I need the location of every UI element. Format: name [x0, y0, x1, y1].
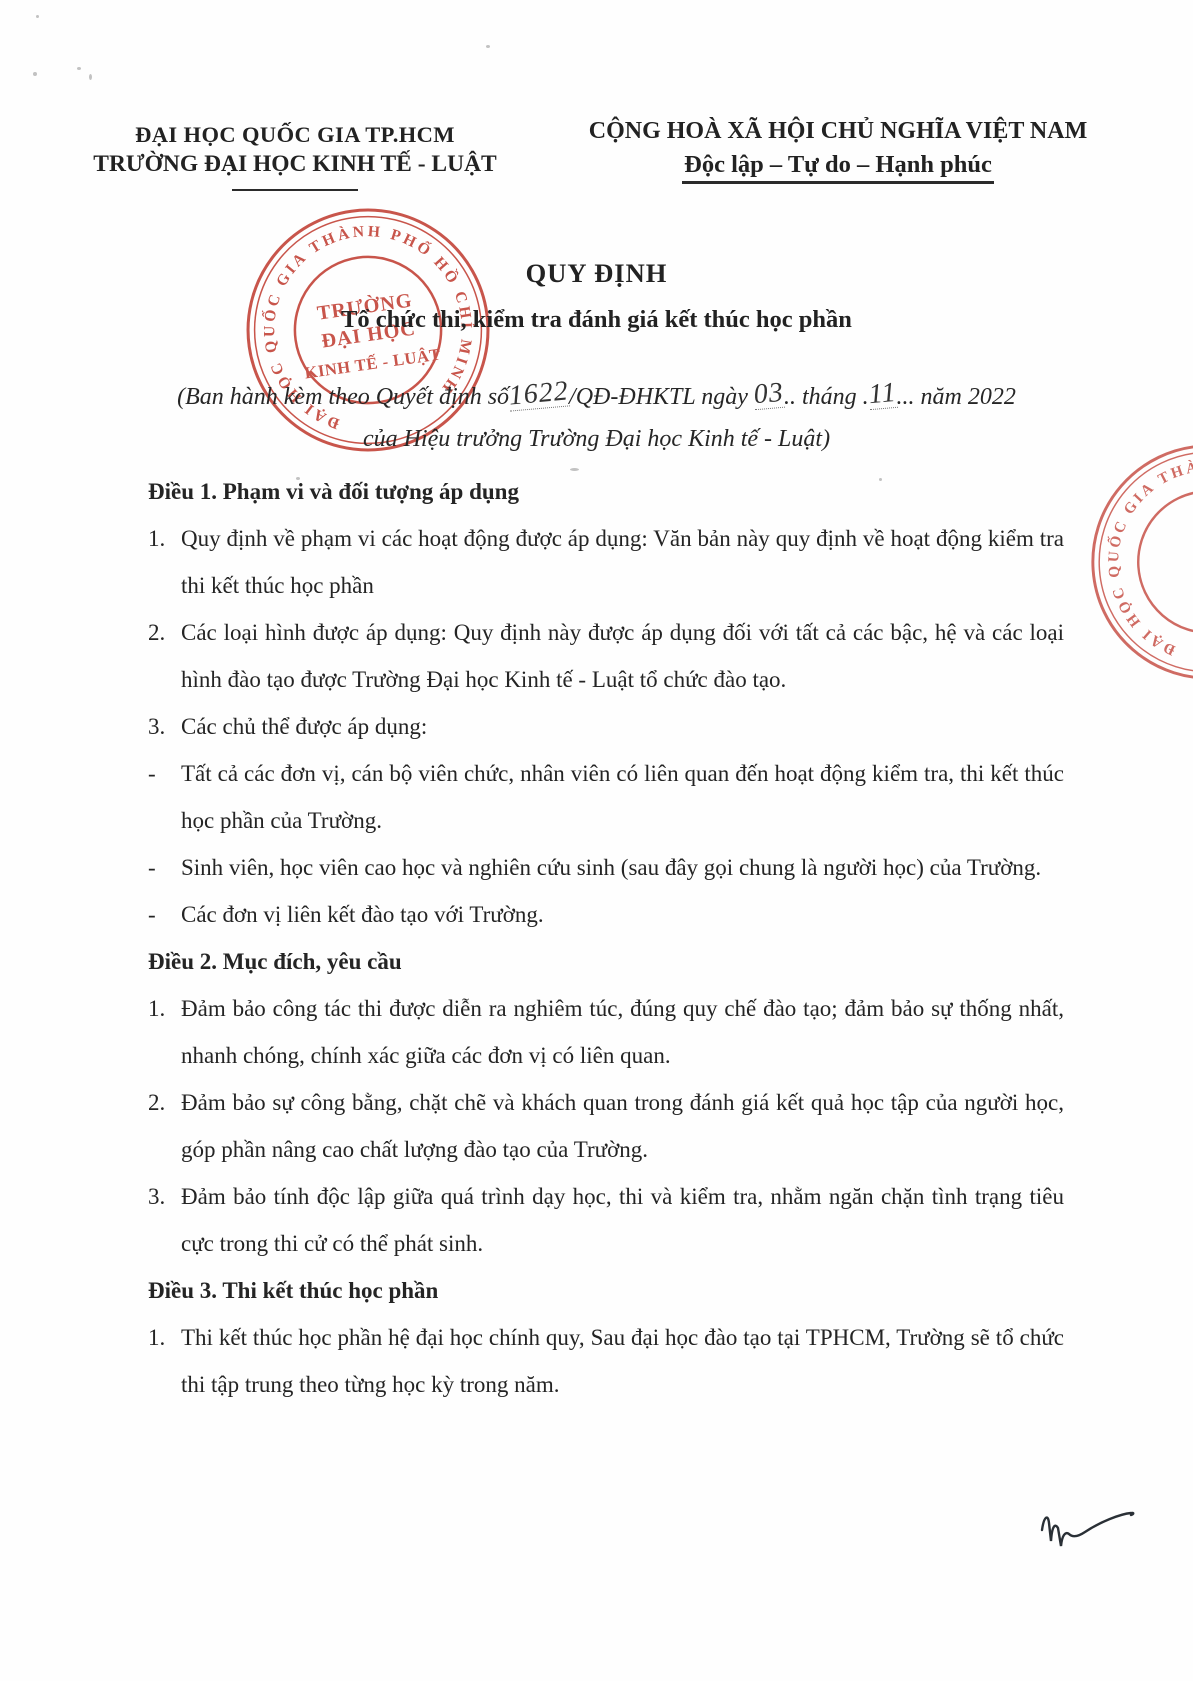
national-motto: Độc lập – Tự do – Hạnh phúc [682, 151, 994, 184]
item-text: Đảm bảo sự công bằng, chặt chẽ và khách … [181, 1079, 1064, 1173]
list-item: 1. Quy định về phạm vi các hoạt động đượ… [148, 515, 1064, 609]
article-1-heading: Điều 1. Phạm vi và đối tượng áp dụng [148, 468, 1064, 515]
scan-artifact [486, 45, 490, 48]
item-marker: - [148, 750, 181, 844]
item-marker: 1. [148, 1314, 181, 1408]
scan-artifact [89, 74, 92, 80]
list-item: 3. Các chủ thể được áp dụng: [148, 703, 1064, 750]
item-text: Các loại hình được áp dụng: Quy định này… [181, 609, 1064, 703]
document-subtitle: Tổ chức thi, kiểm tra đánh giá kết thúc … [0, 306, 1193, 334]
list-item: - Sinh viên, học viên cao học và nghiên … [148, 844, 1064, 891]
item-text: Đảm bảo công tác thi được diễn ra nghiêm… [181, 985, 1064, 1079]
list-item: 3. Đảm bảo tính độc lập giữa quá trình d… [148, 1173, 1064, 1267]
issuance-text: .. tháng . [784, 384, 869, 410]
document-body: Điều 1. Phạm vi và đối tượng áp dụng 1. … [148, 468, 1064, 1408]
item-marker: 2. [148, 609, 181, 703]
article-3-heading: Điều 3. Thi kết thúc học phần [148, 1267, 1064, 1314]
signature-initials [1034, 1496, 1142, 1560]
item-text: Thi kết thúc học phần hệ đại học chính q… [181, 1314, 1064, 1408]
handwritten-month: 11 [867, 379, 897, 410]
issuance-line2: của Hiệu trưởng Trường Đại học Kinh tế -… [0, 426, 1193, 453]
item-text: Các chủ thể được áp dụng: [181, 703, 1064, 750]
handwritten-day: 03 [753, 379, 785, 411]
item-text: Quy định về phạm vi các hoạt động được á… [181, 515, 1064, 609]
national-title: CỘNG HOÀ XÃ HỘI CHỦ NGHĨA VIỆT NAM [558, 118, 1118, 145]
partial-seal-clip: ĐẠI HỌC QUỐC GIA THÀNH PHỐ HỒ CHÍ MINH [1087, 436, 1193, 690]
list-item: 2. Các loại hình được áp dụng: Quy định … [148, 609, 1064, 703]
item-marker: 3. [148, 703, 181, 750]
issuer-name: TRƯỜNG ĐẠI HỌC KINH TẾ - LUẬT [80, 151, 510, 178]
issuance-line1: (Ban hành kèm theo Quyết định số1622/QĐ-… [0, 382, 1193, 411]
scan-artifact [36, 15, 39, 18]
item-marker: - [148, 844, 181, 891]
document-page: ĐẠI HỌC QUỐC GIA TP.HCM TRƯỜNG ĐẠI HỌC K… [0, 0, 1193, 1681]
scan-artifact [33, 72, 37, 76]
document-title: QUY ĐỊNH [0, 258, 1193, 289]
issuer-block: ĐẠI HỌC QUỐC GIA TP.HCM TRƯỜNG ĐẠI HỌC K… [80, 122, 510, 191]
list-item: - Các đơn vị liên kết đào tạo với Trường… [148, 891, 1064, 938]
item-marker: 1. [148, 985, 181, 1079]
item-marker: 2. [148, 1079, 181, 1173]
item-marker: - [148, 891, 181, 938]
list-item: - Tất cả các đơn vị, cán bộ viên chức, n… [148, 750, 1064, 844]
item-marker: 1. [148, 515, 181, 609]
article-2-heading: Điều 2. Mục đích, yêu cầu [148, 938, 1064, 985]
item-text: Sinh viên, học viên cao học và nghiên cứ… [181, 844, 1064, 891]
list-item: 2. Đảm bảo sự công bằng, chặt chẽ và khá… [148, 1079, 1064, 1173]
handwritten-decision-number: 1622 [508, 377, 570, 411]
item-text: Đảm bảo tính độc lập giữa quá trình dạy … [181, 1173, 1064, 1267]
list-item: 1. Thi kết thúc học phần hệ đại học chín… [148, 1314, 1064, 1408]
item-text: Các đơn vị liên kết đào tạo với Trường. [181, 891, 1064, 938]
issuer-divider [232, 189, 358, 191]
item-text: Tất cả các đơn vị, cán bộ viên chức, nhâ… [181, 750, 1064, 844]
issuance-text: (Ban hành kèm theo Quyết định số [177, 384, 509, 410]
partial-university-seal: ĐẠI HỌC QUỐC GIA THÀNH PHỐ HỒ CHÍ MINH [1087, 436, 1193, 690]
issuance-text: /QĐ-ĐHKTL ngày [569, 384, 754, 410]
item-marker: 3. [148, 1173, 181, 1267]
seal-ring-text: ĐẠI HỌC QUỐC GIA THÀNH PHỐ HỒ CHÍ MINH [1099, 451, 1193, 662]
issuance-text: ... năm 2022 [897, 384, 1016, 410]
scan-artifact [77, 67, 81, 70]
list-item: 1. Đảm bảo công tác thi được diễn ra ngh… [148, 985, 1064, 1079]
issuer-parent-name: ĐẠI HỌC QUỐC GIA TP.HCM [80, 122, 510, 148]
national-motto-block: CỘNG HOÀ XÃ HỘI CHỦ NGHĨA VIỆT NAM Độc l… [558, 118, 1118, 184]
